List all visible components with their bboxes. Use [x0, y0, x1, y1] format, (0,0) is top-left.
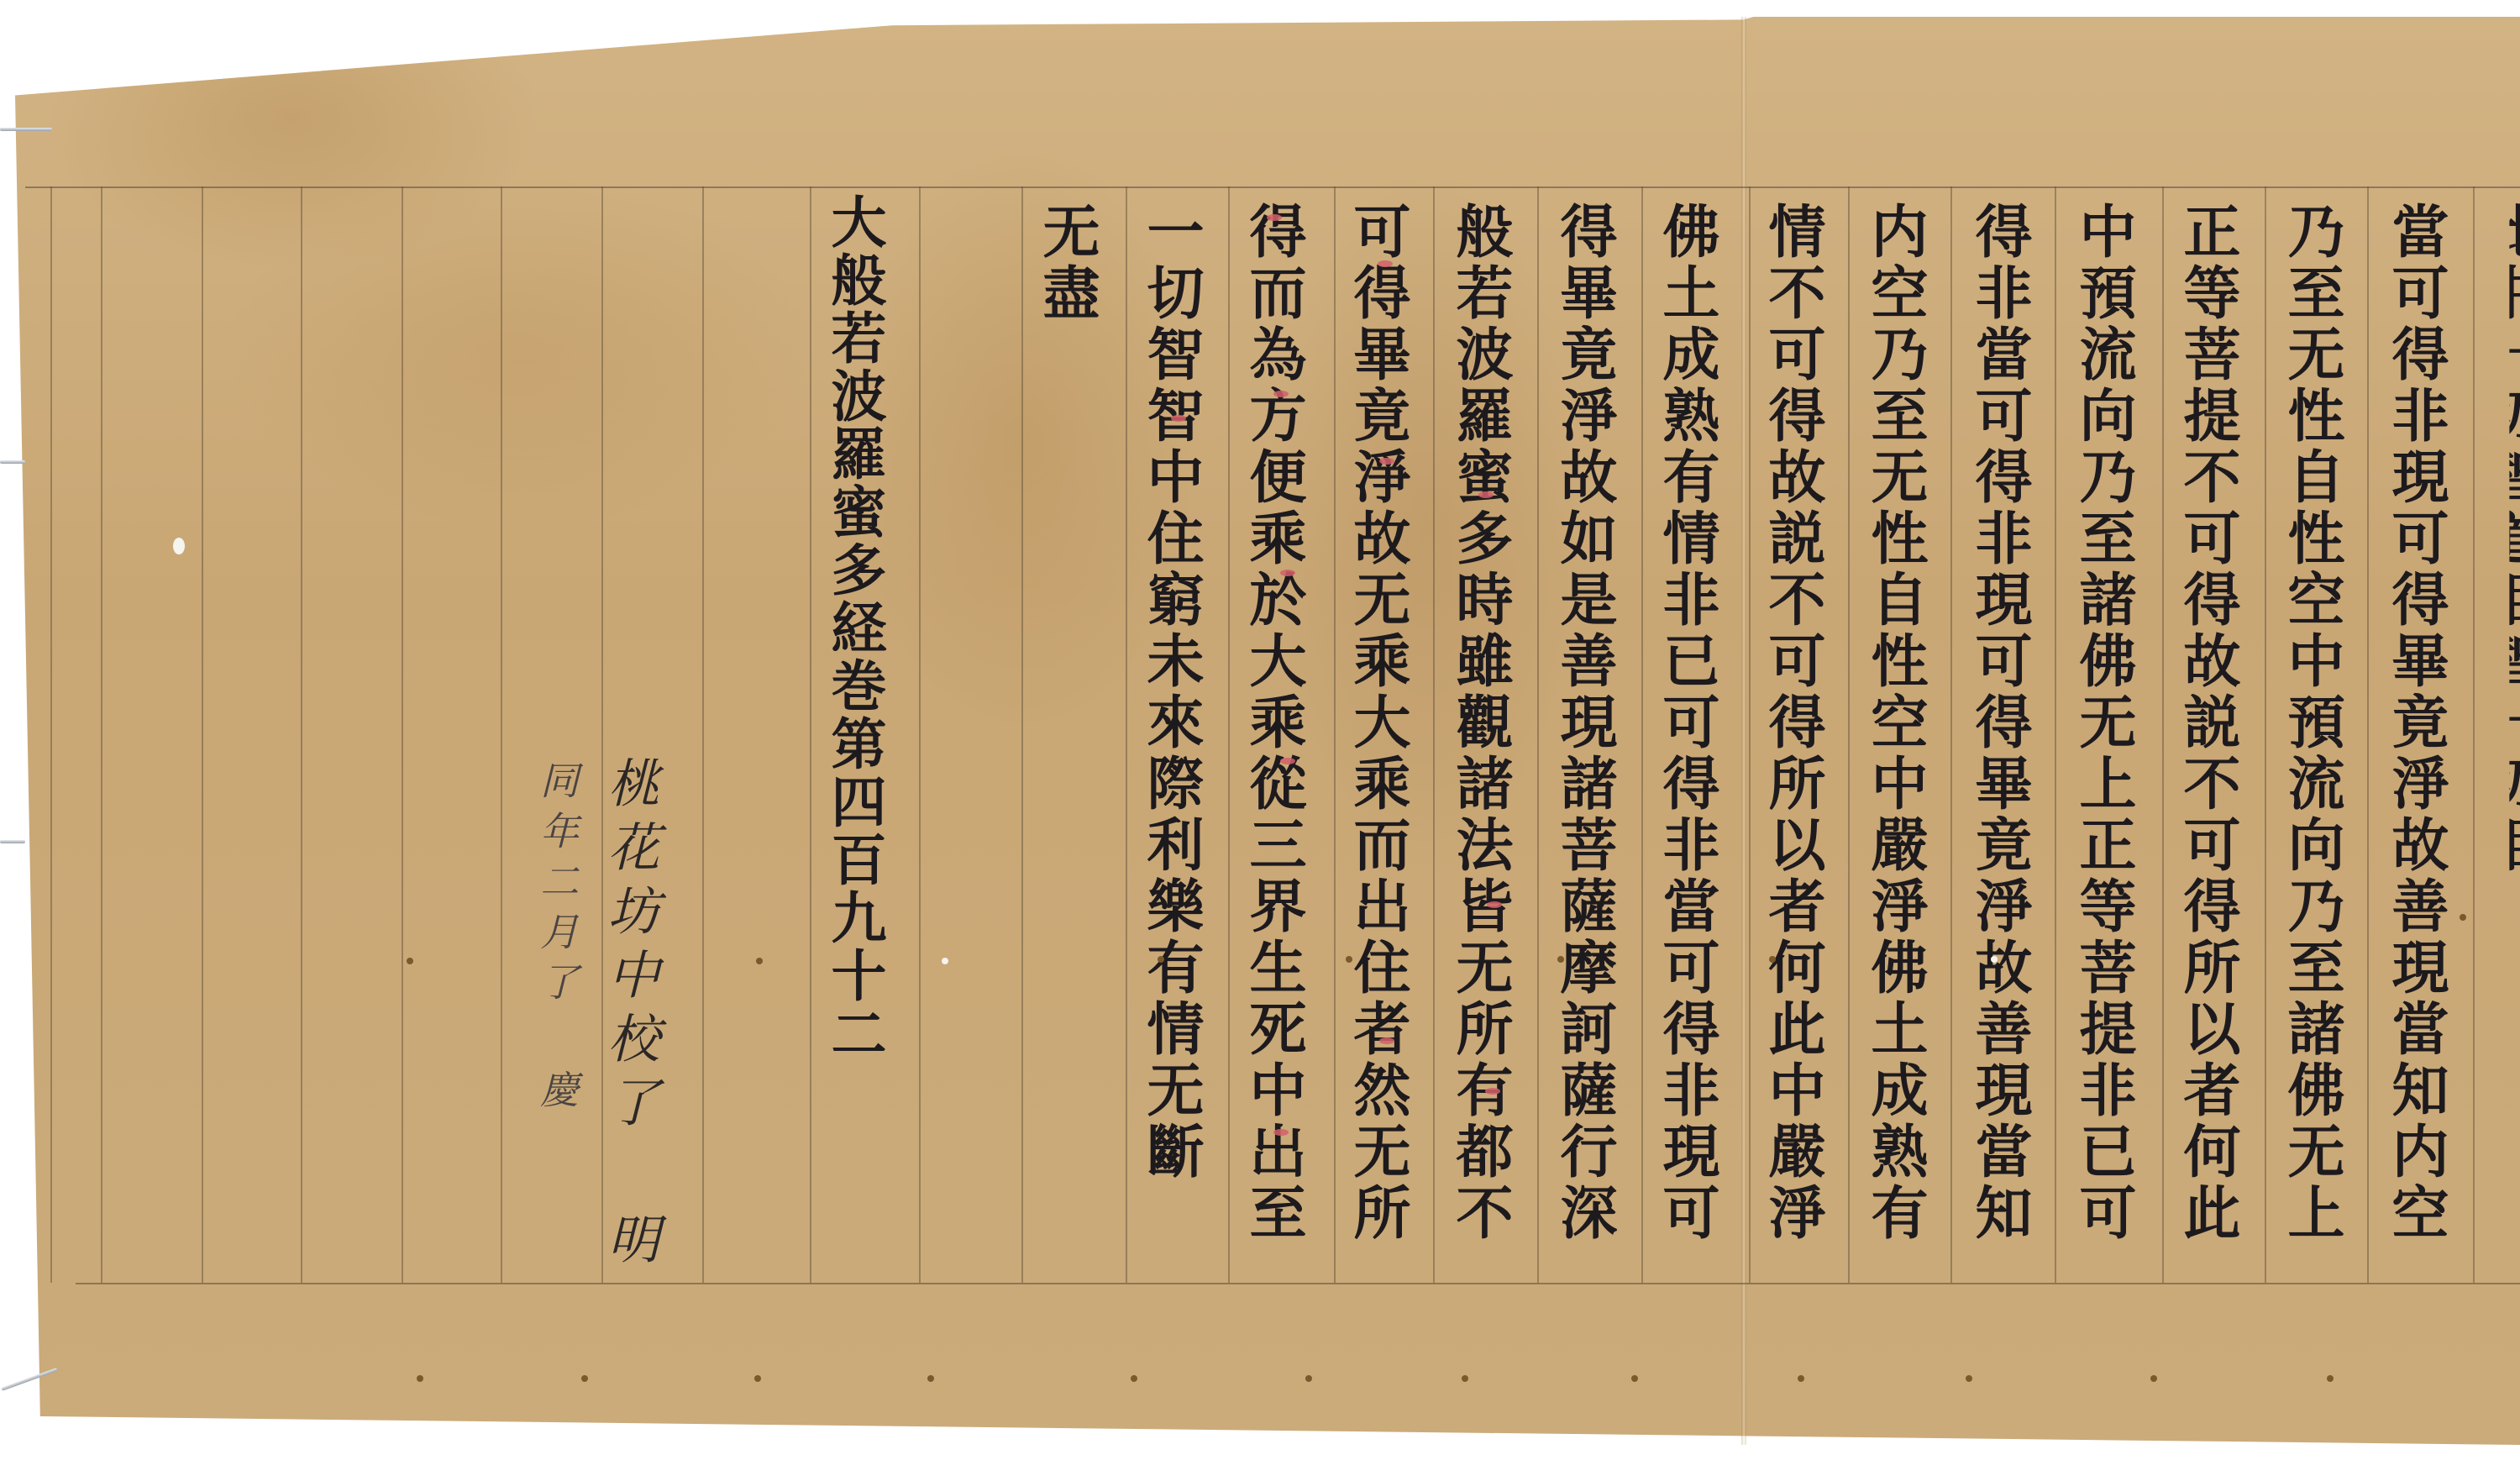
vermilion-mark [1280, 758, 1295, 764]
binding-hole [1991, 956, 1998, 963]
column-rule [2265, 186, 2266, 1283]
mounting-pin [0, 460, 25, 464]
binding-hole [407, 958, 413, 964]
sutra-column-12: 得而為方便乘於大乘從三界生死中出至 [1245, 202, 1302, 1244]
binding-hole [173, 538, 185, 554]
column-rule [1334, 186, 1336, 1283]
sutra-column-3: 正等菩提不可得故説不可得所以者何此 [2179, 202, 2236, 1244]
column-rule [1126, 186, 1127, 1283]
column-rule [50, 186, 52, 1283]
sutra-column-1: 當可得非現可得畢竟淨故善現當知内空 [2387, 202, 2444, 1244]
column-rule [1021, 186, 1023, 1283]
column-rule [810, 186, 811, 1283]
vermilion-mark [1379, 458, 1394, 465]
sutra-end-title: 大般若波羅蜜多経巻第四百九十二 [827, 193, 882, 1063]
vermilion-mark [1487, 901, 1502, 908]
column-rule [1641, 186, 1643, 1283]
sutra-column-9: 得畢竟淨故如是善現諸菩薩摩訶薩行深 [1556, 202, 1613, 1244]
sutra-column-13: 一切智智中住窮未來際利樂有情无斷 [1142, 202, 1200, 1183]
binding-hole [1346, 956, 1352, 963]
top-ruling-line [25, 186, 2520, 188]
vermilion-mark [1273, 391, 1289, 397]
sutra-column-final: 无盡 [1038, 202, 1095, 324]
binding-hole [581, 1375, 588, 1382]
binding-hole [1462, 1375, 1468, 1382]
vermilion-mark [1485, 1088, 1500, 1095]
sutra-column-11: 可得畢竟淨故无乘大乘而出住者然无所 [1349, 202, 1406, 1244]
vermilion-mark [1379, 1037, 1394, 1044]
colophon-line-1: 桃花坊中校了 明 [603, 756, 655, 1276]
binding-hole [927, 1375, 934, 1382]
column-rule [402, 186, 403, 1283]
column-rule [2055, 186, 2056, 1283]
sutra-column-5: 得非當可得非現可得畢竟淨故善現當知 [1971, 202, 2028, 1244]
vermilion-mark [1280, 570, 1295, 576]
column-rule [2473, 186, 2475, 1283]
binding-hole [756, 958, 763, 964]
column-rule [1228, 186, 1230, 1283]
column-rule [1537, 186, 1539, 1283]
mounting-pin [0, 840, 25, 843]
column-rule [1749, 186, 1751, 1283]
sutra-column-10: 般若波羅蜜多時雖觀諸法皆无所有都不 [1452, 202, 1509, 1244]
colophon-line-2: 同年二月了 慶 [538, 760, 576, 1120]
vermilion-mark [1478, 491, 1494, 498]
column-rule [1433, 186, 1435, 1283]
column-rule [702, 186, 704, 1283]
sutra-column-6: 内空乃至无性自性空中嚴淨佛土成熟有 [1866, 202, 1924, 1244]
mounting-pin [0, 128, 52, 131]
column-rule [2162, 186, 2164, 1283]
column-rule [101, 186, 102, 1283]
binding-hole [1131, 1375, 1137, 1382]
vermilion-mark [1378, 260, 1393, 267]
binding-hole [1769, 956, 1776, 963]
column-rule [501, 186, 502, 1283]
binding-hole [942, 958, 948, 964]
vermilion-mark [1267, 214, 1282, 221]
bottom-ruling-line [76, 1283, 2520, 1284]
binding-hole [1158, 956, 1164, 963]
binding-hole [1966, 1375, 1972, 1382]
sutra-column-2: 乃至无性自性空中預流向乃至諸佛无上 [2283, 202, 2340, 1244]
column-rule [1950, 186, 1952, 1283]
binding-hole [1305, 1375, 1312, 1382]
column-rule [919, 186, 921, 1283]
binding-hole [1798, 1375, 1804, 1382]
sutra-column-4: 中預流向乃至諸佛无上正等菩提非已可 [2075, 202, 2132, 1244]
binding-hole [2460, 914, 2466, 921]
paper-seam [1741, 17, 1746, 1445]
binding-hole [417, 1375, 423, 1382]
vermilion-mark [1273, 1129, 1289, 1136]
vermilion-mark [1171, 415, 1186, 422]
sutra-column-7: 情不可得故説不可得所以者何此中嚴淨 [1764, 202, 1821, 1244]
column-rule [2367, 186, 2369, 1283]
column-rule [202, 186, 203, 1283]
binding-hole [2327, 1375, 2334, 1382]
column-rule [1848, 186, 1850, 1283]
binding-hole [1557, 956, 1564, 963]
sutra-column-8: 佛土成熟有情非已可得非當可得非現可 [1658, 202, 1715, 1244]
column-rule [301, 186, 302, 1283]
binding-hole [2150, 1375, 2157, 1382]
binding-hole [1631, 1375, 1638, 1382]
binding-hole [754, 1375, 761, 1382]
